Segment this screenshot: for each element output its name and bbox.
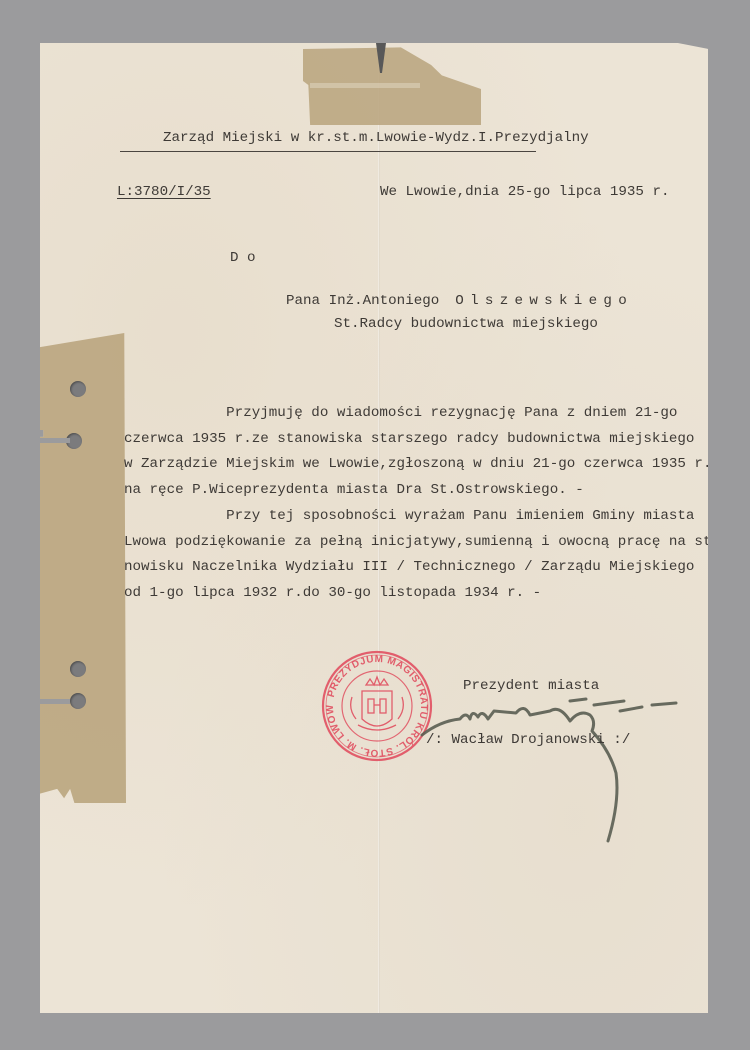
body-line: w Zarządzie Miejskim we Lwowie,zgłoszoną… bbox=[124, 457, 711, 471]
body-line: na ręce P.Wiceprezydenta miasta Dra St.O… bbox=[124, 483, 584, 497]
body-line: nowisku Naczelnika Wydziału III / Techni… bbox=[124, 560, 694, 574]
hole-slit bbox=[40, 438, 70, 443]
official-seal-stamp: PREZYDJUM MAGISTRATU KRÓL. STOŁ. M. LWOW… bbox=[320, 649, 434, 763]
letter-sheet: Zarząd Miejski w kr.st.m.Lwowie-Wydz.I.P… bbox=[40, 43, 708, 1013]
recipient-name-prefix: Pana Inż.Antoniego bbox=[286, 293, 439, 309]
handwritten-signature bbox=[420, 691, 690, 851]
recipient-title: St.Radcy budownictwa miejskiego bbox=[334, 317, 598, 331]
tape-residue-left bbox=[40, 333, 126, 803]
body-line: czerwca 1935 r.ze stanowiska starszego r… bbox=[124, 432, 694, 446]
letterhead-underline bbox=[120, 151, 536, 152]
signatory-name: /: Wacław Drojanowski :/ bbox=[426, 733, 630, 747]
hole-slit bbox=[40, 699, 70, 704]
scan-background: Zarząd Miejski w kr.st.m.Lwowie-Wydz.I.P… bbox=[0, 0, 750, 1050]
place-date: We Lwowie,dnia 25-go lipca 1935 r. bbox=[380, 185, 669, 199]
punch-hole bbox=[70, 381, 86, 397]
recipient-surname: Olszewskiego bbox=[455, 293, 633, 309]
reference-number: L:3780/I/35 bbox=[117, 185, 211, 199]
body-line: Lwowa podziękowanie za pełną inicjatywy,… bbox=[124, 535, 729, 549]
tape-gap bbox=[310, 83, 420, 88]
recipient-line: Pana Inż.Antoniego Olszewskiego bbox=[286, 291, 633, 309]
punch-hole bbox=[70, 661, 86, 677]
body-line: Przyjmuję do wiadomości rezygnację Pana … bbox=[124, 406, 677, 420]
body-line: od 1-go lipca 1932 r.do 30-go listopada … bbox=[124, 586, 541, 600]
letterhead: Zarząd Miejski w kr.st.m.Lwowie-Wydz.I.P… bbox=[163, 131, 589, 145]
salutation-to: D o bbox=[230, 251, 256, 265]
punch-hole bbox=[70, 693, 86, 709]
body-line: Przy tej sposobności wyrażam Panu imieni… bbox=[124, 509, 694, 523]
